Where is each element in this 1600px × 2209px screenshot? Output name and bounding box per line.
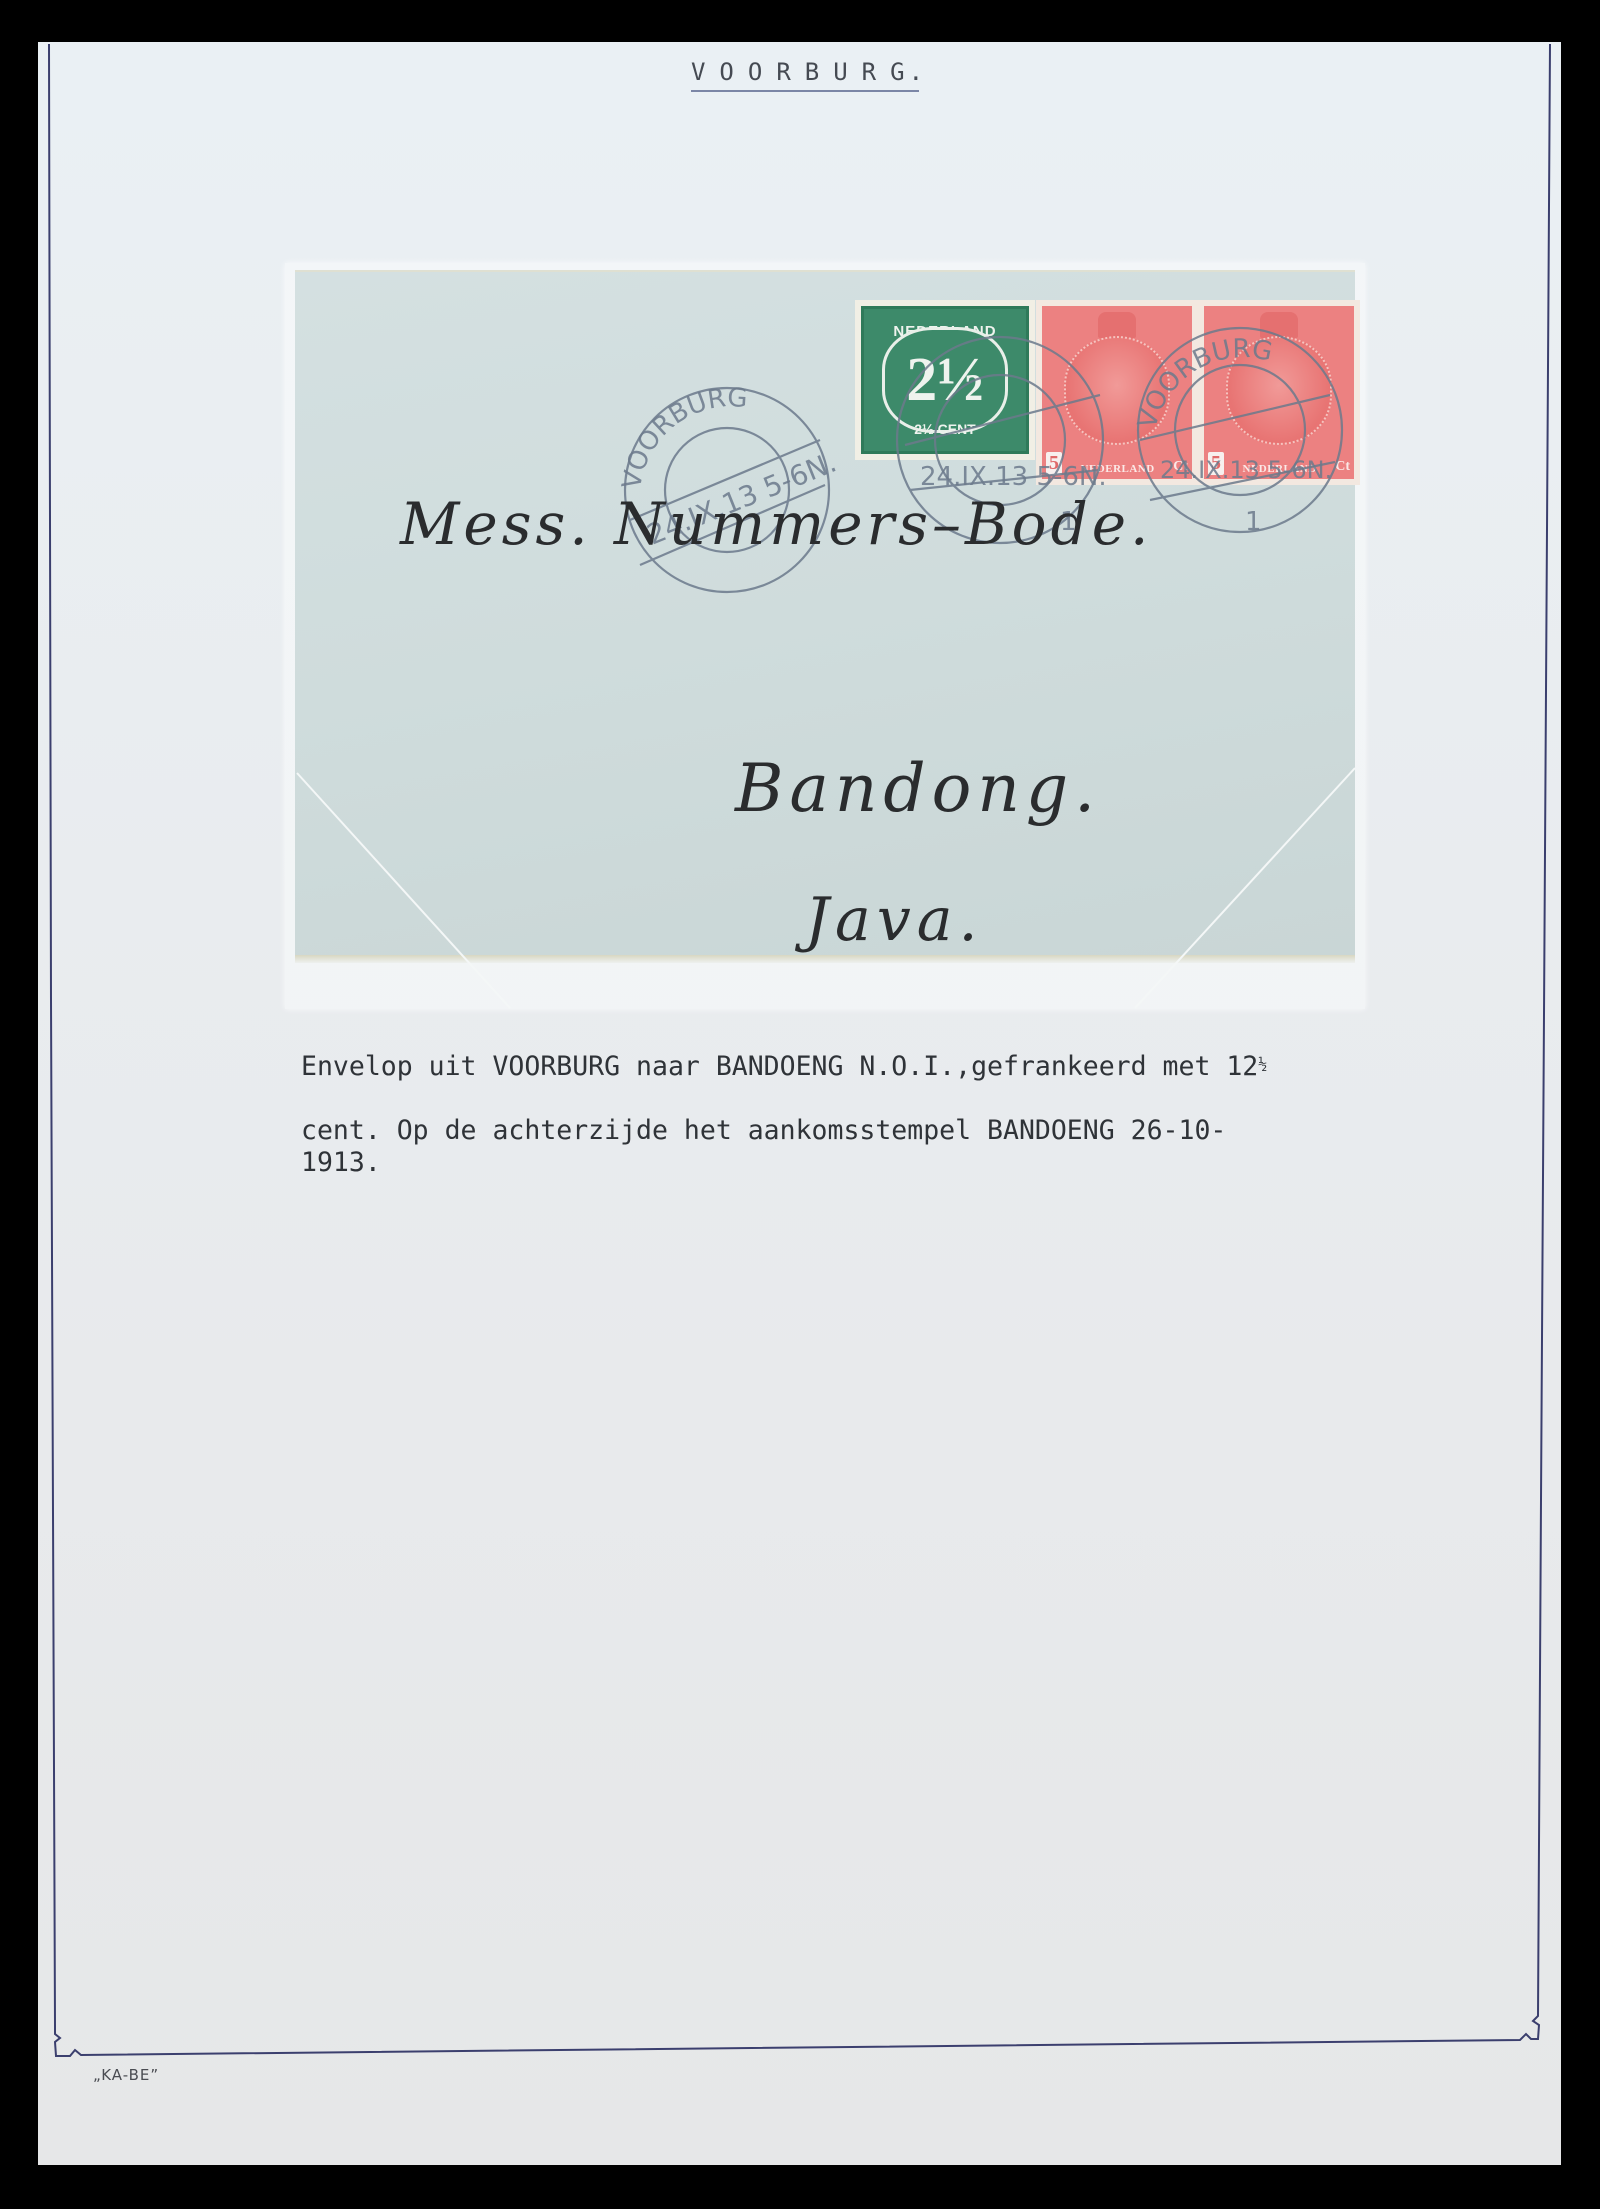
stamp-value: 5 <box>1208 452 1224 475</box>
stamp-face: NEDERLAND 2½ 2½ CENT <box>861 306 1029 454</box>
stamp-green-2-5-cent: NEDERLAND 2½ 2½ CENT <box>855 300 1035 460</box>
address-line-3: Java. <box>805 885 984 955</box>
stamp-face: 5 NEDERLAND Ct <box>1042 306 1192 479</box>
address-line-2: Bandong. <box>735 750 1101 827</box>
stamp-face: 5 NEDERLAND Ct <box>1204 306 1354 479</box>
page-title: VOORBURG <box>691 58 919 92</box>
stamp-country: NEDERLAND <box>1243 463 1317 475</box>
queen-portrait <box>1226 336 1332 445</box>
address-line-1: Mess. Nummers–Bode. <box>400 490 1152 558</box>
stamp-unit: Ct <box>1173 459 1188 475</box>
item-description: Envelop uit VOORBURG naar BANDOENG N.O.I… <box>301 1016 1301 1211</box>
caption-line-1: Envelop uit VOORBURG naar BANDOENG N.O.I… <box>301 1048 1301 1083</box>
queen-portrait <box>1064 336 1170 445</box>
stamp-numeral-oval: 2½ <box>882 327 1008 433</box>
caption-line-2: cent. Op de achterzijde het aankomsstemp… <box>301 1115 1301 1179</box>
album-brand-label: „KA-BE” <box>93 2066 159 2084</box>
stamp-country: NEDERLAND <box>1081 463 1155 475</box>
stamp-label: 5 NEDERLAND Ct <box>1042 452 1192 475</box>
stamp-unit: Ct <box>1335 459 1350 475</box>
stamp-red-5-cent: 5 NEDERLAND Ct <box>1198 300 1360 485</box>
page-title-period: . <box>909 58 923 86</box>
stamp-value-text: 2½ CENT <box>864 421 1026 437</box>
stamp-red-5-cent: 5 NEDERLAND Ct <box>1036 300 1198 485</box>
stamp-value: 5 <box>1046 452 1062 475</box>
crown-icon <box>1260 312 1298 338</box>
crown-icon <box>1098 312 1136 338</box>
caption-fraction: ½ <box>1258 1055 1267 1073</box>
stamp-value: 2½ <box>906 345 984 416</box>
stamp-label: 5 NEDERLAND Ct <box>1204 452 1354 475</box>
page-title-block: VOORBURG. <box>0 58 1600 92</box>
